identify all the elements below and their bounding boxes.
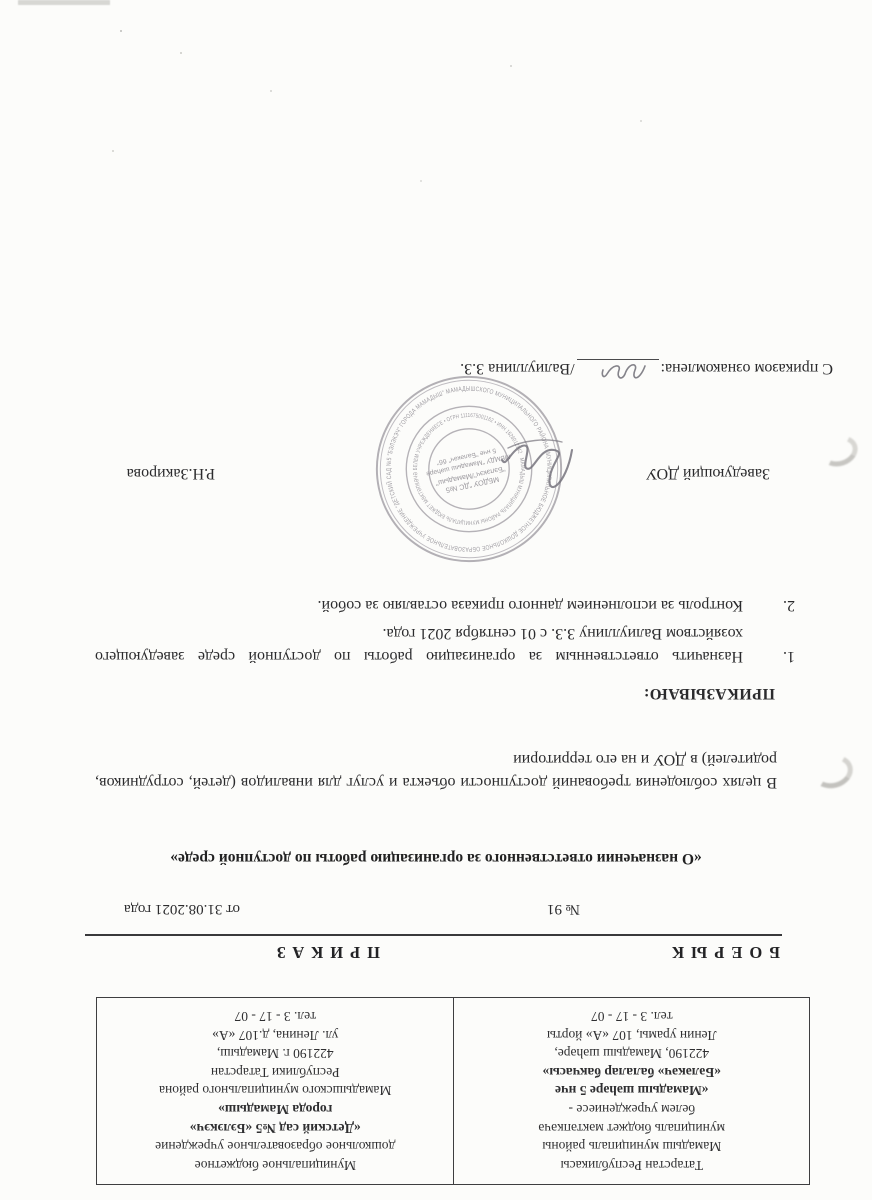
letterhead-phone: тел. 3 - 17 - 07: [461, 1006, 804, 1025]
scan-noise: [120, 30, 122, 32]
letterhead-line: Мамадышского муниципального района: [103, 1081, 448, 1100]
letterhead-line: белем учреждениесе -: [461, 1100, 804, 1119]
acknowledgment-label: С приказом ознакомлена:: [661, 359, 833, 377]
header-divider-line: [85, 934, 782, 936]
order-item-1: 1. Назначить ответственным за организаци…: [95, 622, 795, 668]
letterhead-org-name-russian: «Детский сад №5 «Бэлэкэч»: [103, 1118, 448, 1137]
scanned-order-page: Татарстан Республикасы Мамадыш муниципал…: [0, 0, 872, 1200]
valiullina-signature: [597, 355, 649, 388]
letterhead-line: муниципаль бюджет мәктәпкәчә: [461, 1118, 804, 1137]
director-signature: [494, 419, 586, 512]
order-word-russian: ПРИКАЗ: [270, 942, 380, 962]
scan-edge-artifact: [18, 0, 110, 5]
document-rotated-180: Татарстан Республикасы Мамадыш муниципал…: [0, 0, 872, 1200]
letterhead-russian-column: Муниципальное бюджетное дошкольное образ…: [96, 997, 455, 1185]
letterhead-line: Татарстан Республикасы: [461, 1155, 804, 1174]
item-text: Назначить ответственным за организацию р…: [95, 622, 743, 668]
order-heading: ПРИКАЗЫВАЮ:: [643, 684, 775, 702]
item-number: 2.: [743, 594, 795, 617]
letterhead-line: Республики Татарстан: [103, 1062, 448, 1081]
acknowledgment-signature-line: [577, 359, 659, 378]
preamble-paragraph: В целях соблюдения требований доступност…: [95, 748, 777, 794]
letterhead-phone: тел. 3 - 17 - 07: [103, 1006, 448, 1025]
letterhead-org-name-tatar: «Мамадыш шәһәре 5 нче: [461, 1081, 804, 1100]
order-word-tatar: БОЕРЫК: [665, 942, 780, 962]
letterhead-table: Татарстан Республикасы Мамадыш муниципал…: [96, 997, 810, 1185]
letterhead-line: Муниципальное бюджетное: [103, 1155, 448, 1174]
letterhead-line: дошкольное образовательное учреждение: [103, 1137, 448, 1156]
letterhead-address-russian: 422190 г. Мамадыш,: [103, 1044, 448, 1063]
item-number: 1.: [743, 622, 795, 668]
letterhead-org-name-russian: города Мамадыш»: [103, 1100, 448, 1119]
acknowledgment-row: С приказом ознакомлена: /Валиуллина З.З.: [460, 359, 833, 378]
order-item-2: 2. Контроль за исполнением данного прика…: [95, 594, 795, 617]
acknowledgment-name: /Валиуллина З.З.: [460, 359, 574, 377]
letterhead-address-russian: ул. Ленина, д.107 «А»: [103, 1025, 448, 1044]
letterhead-address-tatar: Ленин урамы, 107 «А» йорты: [461, 1025, 804, 1044]
order-number: № 91: [547, 900, 580, 917]
order-date: от 31.08.2021 года: [124, 900, 240, 917]
signatory-name: Р.Н.Закирова: [127, 464, 215, 482]
letterhead-org-name-tatar: «Бәләкәч» балалар бакчасы»: [461, 1062, 804, 1081]
letterhead-address-tatar: 422190, Мамадыш шәһәре,: [461, 1044, 804, 1063]
item-text: Контроль за исполнением данного приказа …: [95, 594, 743, 617]
letterhead-tatar-column: Татарстан Республикасы Мамадыш муниципал…: [455, 997, 811, 1185]
order-title: «О назначении ответственного за организа…: [95, 849, 777, 867]
letterhead-line: Мамадыш муниципаль районы: [461, 1137, 804, 1156]
signatory-position: Заведующий ДОУ: [646, 464, 770, 482]
